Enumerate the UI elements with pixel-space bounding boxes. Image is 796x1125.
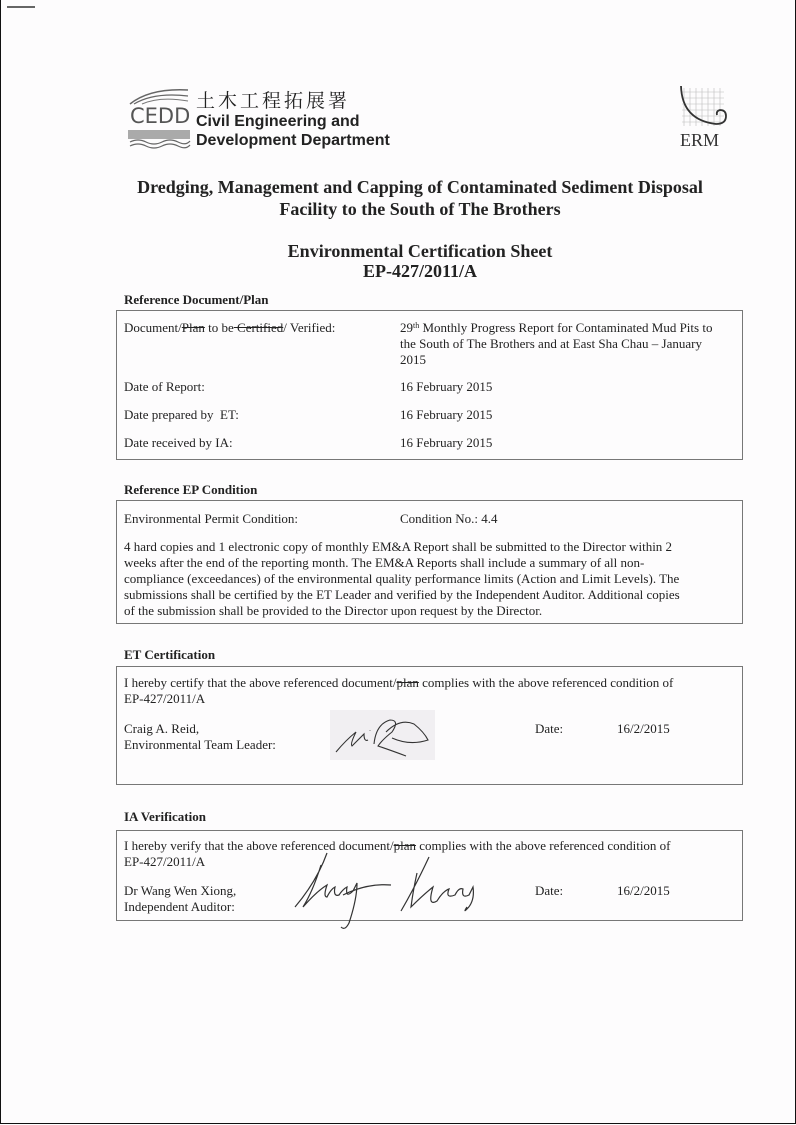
ia-date-label: Date: [535,883,563,899]
et-date-value: 16/2/2015 [617,721,670,737]
date-of-report-label: Date of Report: [124,379,205,395]
document-label-part3: / Verified: [283,320,335,335]
document-label-part1: Document/ [124,320,182,335]
date-of-report-value: 16 February 2015 [400,379,492,395]
document-label-part2: to be [205,320,234,335]
project-title-line2: Facility to the South of The Brothers [100,198,740,220]
permit-number: EP-427/2011/A [100,261,740,281]
cedd-name-line2: Development Department [196,131,390,150]
et-signature-icon [330,710,435,760]
et-statement: I hereby certify that the above referenc… [124,675,734,707]
ia-signature-icon [287,851,527,931]
ep-condition-box: Environmental Permit Condition: Conditio… [116,500,743,624]
date-received-label: Date received by IA: [124,435,233,451]
document-label-struck-certified: Certified [234,320,283,335]
ep-text-line: compliance (exceedances) of the environm… [124,571,734,587]
reference-document-heading: Reference Document/Plan [124,292,269,308]
erm-text: ERM [680,130,719,151]
ia-verification-box: I hereby verify that the above reference… [116,830,743,921]
date-prepared-label: Date prepared by ET: [124,407,239,423]
et-role: Environmental Team Leader: [124,737,276,753]
document-label: Document/Plan to be Certified/ Verified: [124,320,335,336]
ep-text-line: of the submission shall be provided to t… [124,603,734,619]
reference-document-box: Document/Plan to be Certified/ Verified:… [116,310,743,460]
ep-text-line: weeks after the end of the reporting mon… [124,555,734,571]
et-statement-post: complies with the above referenced condi… [419,675,674,690]
et-certification-box: I hereby certify that the above referenc… [116,666,743,785]
et-statement-line2: EP-427/2011/A [124,691,734,707]
ia-signatory: Dr Wang Wen Xiong, Independent Auditor: [124,883,236,915]
et-statement-pre: I hereby certify that the above referenc… [124,675,397,690]
document-value-line2: the South of The Brothers and at East Sh… [400,336,740,352]
erm-spiral-icon [676,82,730,132]
ep-text-line: 4 hard copies and 1 electronic copy of m… [124,539,734,555]
date-prepared-value: 16 February 2015 [400,407,492,423]
cedd-english-name: Civil Engineering and Development Depart… [196,112,390,150]
sheet-title: Environmental Certification Sheet EP-427… [100,241,740,281]
project-title: Dredging, Management and Capping of Cont… [100,176,740,220]
et-name: Craig A. Reid, [124,721,276,737]
et-certification-heading: ET Certification [124,647,215,663]
ia-verification-heading: IA Verification [124,809,206,825]
document-value-line1: Monthly Progress Report for Contaminated… [419,320,712,335]
et-date-label: Date: [535,721,563,737]
document-value-line3: 2015 [400,352,740,368]
ep-condition-text: 4 hard copies and 1 electronic copy of m… [124,539,734,619]
et-statement-struck: plan [397,675,419,690]
et-signatory: Craig A. Reid, Environmental Team Leader… [124,721,276,753]
ep-condition-label: Environmental Permit Condition: [124,511,298,527]
erm-logo: ERM [676,82,730,148]
sheet-title-text: Environmental Certification Sheet [100,241,740,261]
cedd-name-line1: Civil Engineering and [196,112,390,131]
ia-role: Independent Auditor: [124,899,236,915]
ia-name: Dr Wang Wen Xiong, [124,883,236,899]
cedd-logo: CEDD 土木工程拓展署 Civil Engineering and Devel… [128,84,418,150]
ordinal-number: 29 [400,320,413,335]
cedd-abbreviation: CEDD [130,104,190,128]
et-signature-area [330,710,435,760]
document-label-struck-plan: Plan [182,320,205,335]
ia-date-value: 16/2/2015 [617,883,670,899]
date-received-value: 16 February 2015 [400,435,492,451]
scan-mark [7,6,35,8]
cedd-chinese-name: 土木工程拓展署 [196,86,350,113]
project-title-line1: Dredging, Management and Capping of Cont… [100,176,740,198]
ep-condition-heading: Reference EP Condition [124,482,257,498]
ep-text-line: submissions shall be certified by the ET… [124,587,734,603]
document-value: 29th Monthly Progress Report for Contami… [400,320,740,368]
condition-number: Condition No.: 4.4 [400,511,498,527]
